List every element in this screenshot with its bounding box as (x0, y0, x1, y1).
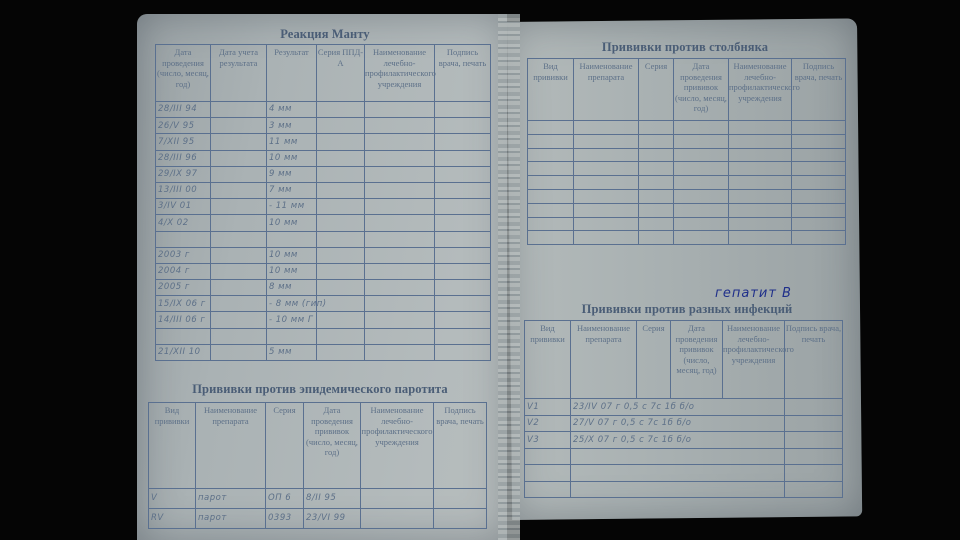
cell-empty (729, 176, 792, 190)
table-row (156, 328, 491, 344)
cell-empty (435, 247, 491, 263)
cell-type (525, 448, 571, 465)
cell-empty (792, 203, 846, 217)
table-row (528, 134, 846, 148)
handwritten-note-hepatitis: гепатит В (715, 286, 792, 301)
cell-result (267, 328, 317, 344)
table-row: V227/V 07 г 0,5 с 7с 1б б/о (525, 415, 843, 432)
header-type: Вид прививки (528, 59, 574, 121)
cell-result: 3 мм (267, 118, 317, 134)
cell-empty (785, 481, 843, 498)
table-row (528, 176, 846, 190)
cell-empty (674, 148, 729, 162)
cell-result-date (211, 166, 267, 182)
cell-entry (571, 481, 785, 498)
cell-date: 29/IX 97 (156, 166, 211, 182)
cell-empty (317, 182, 365, 198)
cell-empty (365, 231, 435, 247)
cell-result: 9 мм (267, 166, 317, 182)
cell-result-date (211, 182, 267, 198)
cell-entry (571, 448, 785, 465)
cell-type: V1 (525, 399, 571, 416)
tetanus-table: Вид прививки Наименование препарата Сери… (527, 58, 846, 245)
cell-empty (574, 203, 639, 217)
table-row: 2005 г8 мм (156, 280, 491, 296)
cell-empty (574, 148, 639, 162)
cell-date: 28/III 94 (156, 102, 211, 118)
table-row: 15/IX 06 г- 8 мм (гип) (156, 296, 491, 312)
cell-empty (317, 134, 365, 150)
cell-result-date (211, 263, 267, 279)
cell-empty (729, 203, 792, 217)
cell-date: 23/VI 99 (304, 509, 361, 529)
cell-empty (639, 134, 674, 148)
cell-result: 8 мм (267, 280, 317, 296)
table-row (528, 189, 846, 203)
table-row (156, 231, 491, 247)
cell-empty (528, 162, 574, 176)
header-series: Серия (637, 321, 671, 399)
header-name: Наименование препарата (571, 321, 637, 399)
cell-result: - 11 мм (267, 199, 317, 215)
header-institution: Наименование лечебно-профилактического у… (723, 321, 785, 399)
header-series: Серия (639, 59, 674, 121)
header-result-date: Дата учета результата (211, 45, 267, 102)
cell-result-date (211, 247, 267, 263)
table-row: 29/IX 979 мм (156, 166, 491, 182)
table-row: 4/X 0210 мм (156, 215, 491, 231)
cell-entry: 23/IV 07 г 0,5 с 7с 1б б/о (571, 399, 785, 416)
cell-empty (435, 280, 491, 296)
table-row: V325/X 07 г 0,5 с 7с 1б б/о (525, 432, 843, 449)
cell-empty (729, 148, 792, 162)
cell-empty (674, 121, 729, 135)
cell-empty (639, 203, 674, 217)
table-row: 7/XII 9511 мм (156, 134, 491, 150)
cell-result-date (211, 134, 267, 150)
cell-empty (639, 189, 674, 203)
cell-empty (574, 121, 639, 135)
cell-empty (365, 263, 435, 279)
cell-empty (528, 189, 574, 203)
cell-empty (528, 148, 574, 162)
cell-empty (317, 328, 365, 344)
cell-empty (435, 296, 491, 312)
cell-empty (365, 280, 435, 296)
cell-entry: 27/V 07 г 0,5 с 7с 1б б/о (571, 415, 785, 432)
cell-empty (528, 176, 574, 190)
table-row: 26/V 953 мм (156, 118, 491, 134)
cell-empty (639, 176, 674, 190)
table-row (525, 448, 843, 465)
cell-empty (365, 102, 435, 118)
cell-result: - 10 мм Г (267, 312, 317, 328)
table-row: 2003 г10 мм (156, 247, 491, 263)
cell-empty (317, 312, 365, 328)
header-series: Серия ППД-А (317, 45, 365, 102)
cell-empty (365, 166, 435, 182)
cell-type: V3 (525, 432, 571, 449)
cell-result: 10 мм (267, 263, 317, 279)
header-date: Дата проведения прививок (число, месяц, … (671, 321, 723, 399)
cell-type (525, 465, 571, 482)
cell-result-date (211, 118, 267, 134)
various-title: Прививки против разных инфекций (528, 302, 846, 317)
cell-empty (317, 247, 365, 263)
header-date: Дата проведения прививок (число, месяц, … (674, 59, 729, 121)
cell-empty (792, 134, 846, 148)
cell-result-date (211, 231, 267, 247)
cell-series: ОП 6 (266, 489, 304, 509)
cell-empty (729, 134, 792, 148)
cell-name: парот (196, 509, 266, 529)
cell-empty (317, 102, 365, 118)
cell-result-date (211, 150, 267, 166)
cell-date: 14/III 06 г (156, 312, 211, 328)
table-row: RVпарот039323/VI 99 (149, 509, 487, 529)
cell-result (267, 231, 317, 247)
table-row: 3/IV 01- 11 мм (156, 199, 491, 215)
cell-result: 10 мм (267, 150, 317, 166)
cell-result: 10 мм (267, 247, 317, 263)
cell-result-date (211, 280, 267, 296)
cell-series: 0393 (266, 509, 304, 529)
header-institution: Наименование лечебно-профилактического у… (365, 45, 435, 102)
cell-empty (792, 176, 846, 190)
cell-empty (785, 448, 843, 465)
cell-empty (639, 231, 674, 245)
header-date: Дата проведения прививок (число, месяц, … (304, 403, 361, 489)
cell-empty (792, 217, 846, 231)
cell-name: парот (196, 489, 266, 509)
cell-empty (792, 148, 846, 162)
table-row: 2004 г10 мм (156, 263, 491, 279)
cell-empty (639, 121, 674, 135)
mantoux-table: Дата проведения (число, месяц, год) Дата… (155, 44, 491, 361)
cell-date: 15/IX 06 г (156, 296, 211, 312)
cell-empty (674, 134, 729, 148)
cell-type: RV (149, 509, 196, 529)
table-row: 28/III 944 мм (156, 102, 491, 118)
header-signature: Подпись врача, печать (435, 45, 491, 102)
header-institution: Наименование лечебно-профилактического у… (729, 59, 792, 121)
cell-empty (674, 217, 729, 231)
cell-type: V2 (525, 415, 571, 432)
cell-empty (574, 231, 639, 245)
cell-empty (574, 189, 639, 203)
cell-empty (729, 231, 792, 245)
cell-empty (435, 328, 491, 344)
table-row: 28/III 9610 мм (156, 150, 491, 166)
cell-empty (639, 217, 674, 231)
cell-empty (528, 203, 574, 217)
table-row (528, 148, 846, 162)
table-row (528, 162, 846, 176)
cell-empty (435, 312, 491, 328)
mantoux-title: Реакция Манту (160, 27, 490, 42)
cell-empty (434, 509, 487, 529)
cell-empty (317, 166, 365, 182)
cell-empty (317, 215, 365, 231)
cell-empty (785, 399, 843, 416)
cell-empty (729, 121, 792, 135)
cell-empty (361, 509, 434, 529)
cell-empty (435, 118, 491, 134)
header-series: Серия (266, 403, 304, 489)
cell-empty (317, 280, 365, 296)
cell-date: 2003 г (156, 247, 211, 263)
table-row: 14/III 06 г- 10 мм Г (156, 312, 491, 328)
cell-result-date (211, 199, 267, 215)
cell-empty (365, 296, 435, 312)
table-row: 21/XII 105 мм (156, 344, 491, 360)
mumps-table: Вид прививки Наименование препарата Сери… (148, 402, 487, 529)
cell-empty (435, 344, 491, 360)
header-signature: Подпись врача, печать (785, 321, 843, 399)
cell-result: 5 мм (267, 344, 317, 360)
cell-entry: 25/X 07 г 0,5 с 7с 1б б/о (571, 432, 785, 449)
table-row (525, 481, 843, 498)
cell-result-date (211, 344, 267, 360)
header-result: Результат (267, 45, 317, 102)
cell-empty (365, 215, 435, 231)
cell-empty (674, 231, 729, 245)
cell-empty (435, 263, 491, 279)
header-institution: Наименование лечебно-профилактического у… (361, 403, 434, 489)
cell-date (156, 231, 211, 247)
cell-empty (317, 344, 365, 360)
table-row (528, 121, 846, 135)
cell-result-date (211, 312, 267, 328)
header-date: Дата проведения (число, месяц, год) (156, 45, 211, 102)
cell-date: 26/V 95 (156, 118, 211, 134)
cell-date: 2005 г (156, 280, 211, 296)
header-signature: Подпись врача, печать (434, 403, 487, 489)
cell-empty (435, 199, 491, 215)
cell-date: 4/X 02 (156, 215, 211, 231)
cell-empty (365, 247, 435, 263)
cell-empty (435, 166, 491, 182)
cell-empty (317, 263, 365, 279)
cell-date: 28/III 96 (156, 150, 211, 166)
cell-result: - 8 мм (гип) (267, 296, 317, 312)
cell-date: 8/II 95 (304, 489, 361, 509)
cell-empty (785, 415, 843, 432)
table-row: VпаротОП 68/II 95 (149, 489, 487, 509)
cell-empty (574, 217, 639, 231)
cell-empty (792, 231, 846, 245)
cell-empty (365, 312, 435, 328)
table-row (528, 231, 846, 245)
cell-empty (792, 189, 846, 203)
cell-empty (365, 182, 435, 198)
cell-empty (528, 217, 574, 231)
cell-empty (785, 465, 843, 482)
various-infections-table: Вид прививки Наименование препарата Сери… (524, 320, 843, 498)
cell-empty (361, 489, 434, 509)
table-row (528, 217, 846, 231)
cell-empty (365, 134, 435, 150)
cell-empty (317, 231, 365, 247)
cell-empty (729, 217, 792, 231)
cell-empty (365, 199, 435, 215)
cell-empty (792, 121, 846, 135)
cell-empty (639, 162, 674, 176)
cell-date: 2004 г (156, 263, 211, 279)
header-type: Вид прививки (525, 321, 571, 399)
cell-empty (528, 134, 574, 148)
cell-empty (729, 162, 792, 176)
cell-date: 3/IV 01 (156, 199, 211, 215)
cell-empty (317, 150, 365, 166)
header-type: Вид прививки (149, 403, 196, 489)
page-spine-ornament (498, 14, 520, 540)
cell-result-date (211, 328, 267, 344)
cell-empty (435, 182, 491, 198)
cell-empty (365, 344, 435, 360)
cell-empty (365, 150, 435, 166)
tetanus-title: Прививки против столбняка (530, 40, 840, 55)
cell-type (525, 481, 571, 498)
cell-empty (574, 134, 639, 148)
cell-result: 11 мм (267, 134, 317, 150)
cell-result: 7 мм (267, 182, 317, 198)
cell-date: 21/XII 10 (156, 344, 211, 360)
cell-empty (674, 162, 729, 176)
cell-date: 13/III 00 (156, 182, 211, 198)
cell-empty (574, 162, 639, 176)
cell-empty (729, 189, 792, 203)
cell-entry (571, 465, 785, 482)
header-name: Наименование препарата (196, 403, 266, 489)
cell-empty (674, 189, 729, 203)
cell-empty (792, 162, 846, 176)
cell-result-date (211, 102, 267, 118)
cell-result: 4 мм (267, 102, 317, 118)
cell-empty (785, 432, 843, 449)
table-row: V123/IV 07 г 0,5 с 7с 1б б/о (525, 399, 843, 416)
mumps-title: Прививки против эпидемического паротита (150, 382, 490, 397)
cell-empty (365, 118, 435, 134)
cell-empty (528, 231, 574, 245)
cell-empty (435, 215, 491, 231)
table-row (525, 465, 843, 482)
cell-empty (435, 102, 491, 118)
cell-empty (317, 199, 365, 215)
cell-empty (639, 148, 674, 162)
cell-type: V (149, 489, 196, 509)
cell-empty (434, 489, 487, 509)
cell-empty (674, 176, 729, 190)
cell-result-date (211, 296, 267, 312)
header-name: Наименование препарата (574, 59, 639, 121)
cell-empty (674, 203, 729, 217)
cell-result: 10 мм (267, 215, 317, 231)
cell-date (156, 328, 211, 344)
cell-result-date (211, 215, 267, 231)
table-row (528, 203, 846, 217)
cell-empty (317, 118, 365, 134)
cell-empty (574, 176, 639, 190)
cell-empty (435, 231, 491, 247)
cell-empty (435, 150, 491, 166)
cell-empty (435, 134, 491, 150)
cell-date: 7/XII 95 (156, 134, 211, 150)
cell-empty (365, 328, 435, 344)
cell-empty (528, 121, 574, 135)
table-row: 13/III 007 мм (156, 182, 491, 198)
